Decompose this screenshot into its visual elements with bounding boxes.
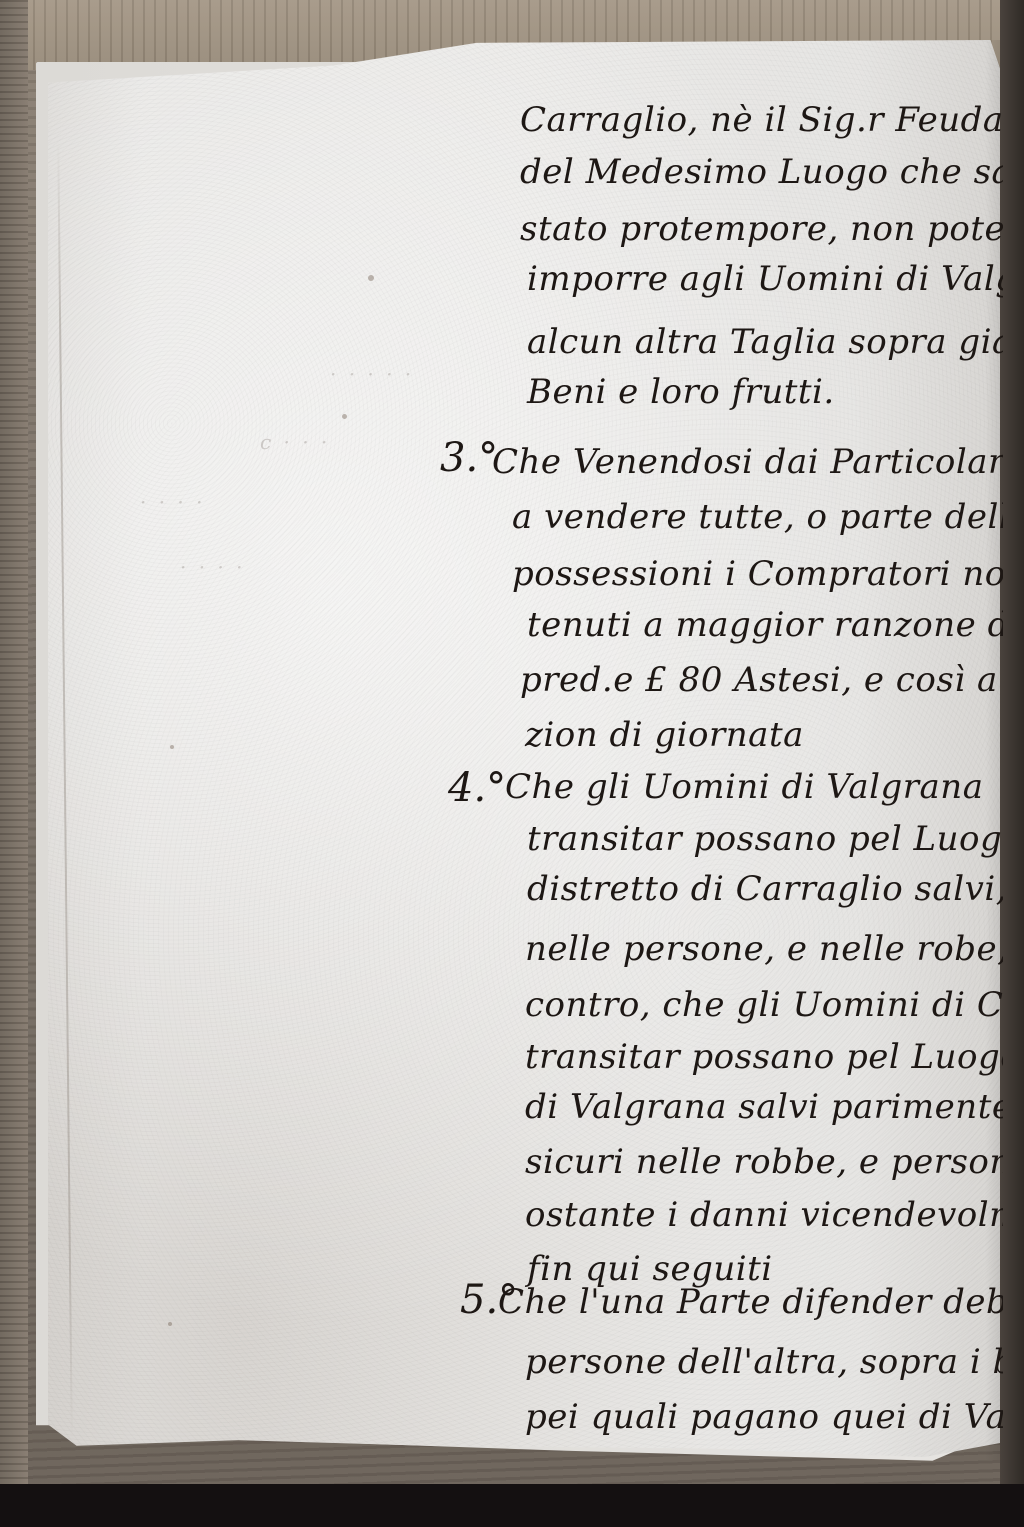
text-line: transitar possano pel Luogo, e (527, 822, 1003, 856)
text-line: persone dell'altra, sopra i b (525, 1345, 1003, 1379)
section-number-3: 3.° (440, 438, 498, 478)
text-line: Che gli Uomini di Valgrana (505, 770, 983, 804)
table-right-edge (1000, 0, 1024, 1527)
text-line: nelle persone, e nelle robe, e p (525, 932, 1003, 966)
text-line: contro, che gli Uomini di Carr (525, 988, 1003, 1022)
text-line: sicuri nelle robbe, e persone, (525, 1145, 1003, 1179)
text-line: Carraglio, nè il Sig.r Feudatario (520, 103, 1003, 137)
text-line: ostante i danni vicendevolmente (525, 1198, 1003, 1232)
text-line: di Valgrana salvi parimente (525, 1090, 1003, 1124)
text-line: pei quali pagano quei di Valg (525, 1400, 1003, 1434)
text-line: distretto di Carraglio salvi, sic. (527, 872, 1003, 906)
text-line: del Medesimo Luogo che sarebbe (520, 155, 1003, 189)
text-line: a vendere tutte, o parte delle d. (512, 500, 1003, 534)
text-line: imporre agli Uomini di Valgrana (527, 262, 1003, 296)
section-number-4: 4.° (448, 768, 506, 808)
text-line: Beni e loro frutti. (527, 375, 835, 409)
text-line: stato protempore, non potessero (520, 212, 1003, 246)
text-line: fin qui seguiti (527, 1252, 773, 1286)
text-line: alcun altra Taglia sopra giad. (527, 325, 1003, 359)
text-line: Che l'una Parte difender debba le (498, 1285, 1003, 1319)
text-line: zion di giornata (525, 718, 804, 752)
manuscript-photo: · · · · · c · · · · · · · · · · · Carrag… (0, 0, 1024, 1527)
text-line: pred.e £ 80 Astesi, e così a propo (520, 663, 1003, 697)
text-line: tenuti a maggior ranzone dell. (527, 608, 1003, 642)
text-area: Carraglio, nè il Sig.r Feudatario del Me… (0, 0, 1003, 1527)
text-line: transitar possano pel Luogo e (525, 1040, 1003, 1074)
text-line: possessioni i Compratori non s. (512, 557, 1003, 591)
text-line: Che Venendosi dai Particolari di Va (492, 445, 1003, 479)
